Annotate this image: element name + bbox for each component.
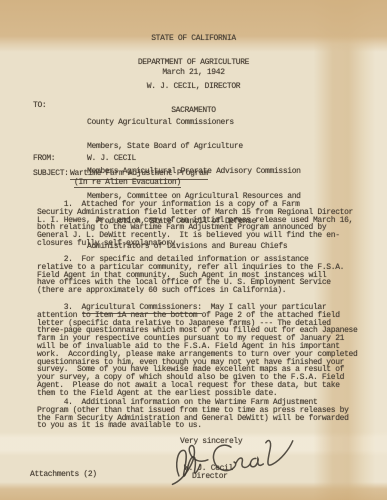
subject-label: SUBJECT: (33, 170, 69, 178)
recipient-line: Members, State Board of Agriculture (87, 143, 301, 151)
from-label: FROM: (33, 155, 55, 163)
attachments-note: Attachments (2) (30, 471, 97, 479)
scanned-letter-page: { "colors": { "paper_cream": "#eae0c9", … (0, 0, 387, 500)
from-value: W. J. CECIL (87, 155, 136, 163)
letterhead-department: DEPARTMENT OF AGRICULTURE (0, 59, 387, 67)
paragraph-1: 1. Attached for your information is a co… (37, 201, 359, 248)
subject-line-2: (In re Alien Evacuation) (74, 179, 181, 187)
recipient-line: County Agricultural Commissioners (87, 119, 301, 127)
signature-cursive-icon (166, 431, 301, 490)
paragraph-4: 4. Additional information on the Wartime… (37, 399, 359, 430)
paragraph-2: 2. For specific and detailed information… (37, 256, 359, 295)
to-label: TO: (33, 102, 46, 110)
letter-date: March 21, 1942 (0, 69, 387, 77)
paragraph-3: 3. Agricultural Commissioners: May I cal… (37, 304, 363, 398)
letterhead-director: W. J. CECIL, DIRECTOR (0, 83, 387, 91)
subject-line-1: Wartime Farm Adjustment Program (70, 170, 208, 178)
letterhead-state: STATE OF CALIFORNIA (0, 35, 387, 43)
